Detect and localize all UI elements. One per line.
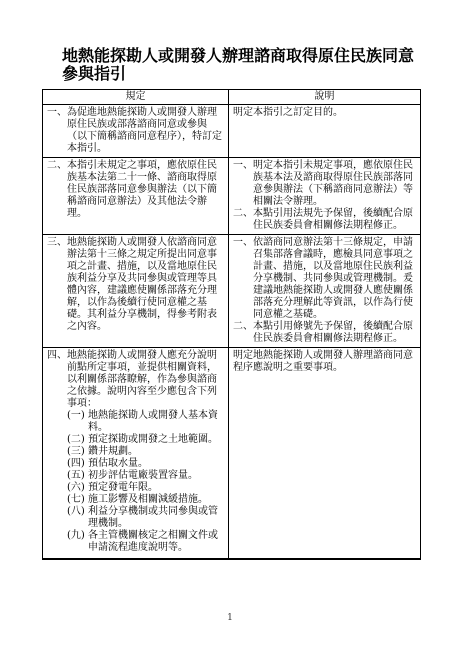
item-text: 本點引用法規先予保留，後續配合原住民族委員會相關修法期程修正。 bbox=[253, 208, 417, 232]
table-row: 一、為促進地熱能探勘人或開發人辦理原住民族或部落諮商同意或參與（以下簡稱諮商同意… bbox=[43, 105, 420, 158]
list-item: 四、地熱能探勘人或開發人應充分說明前點所定事項，並提供相關資料，以利關係部落瞭解… bbox=[47, 350, 225, 410]
explanation-cell: 一、依諮商同意辦法第十三條規定，申請召集部落會議時，應檢具同意事項之計畫、措施，… bbox=[229, 235, 420, 347]
item-marker: 二、 bbox=[47, 160, 67, 220]
list-item: 明定本指引之訂定目的。 bbox=[233, 107, 417, 119]
explanation-cell: 明定地熱能探勘人或開發人辦理諮商同意程序應說明之重要事項。 bbox=[229, 348, 420, 558]
list-item: (三) 鑽井規劃。 bbox=[47, 446, 225, 458]
item-text: 明定地熱能探勘人或開發人辦理諮商同意程序應說明之重要事項。 bbox=[233, 350, 417, 374]
item-marker: (九) bbox=[67, 530, 88, 554]
list-item: (八) 利益分享機制或共同參與或管理機制。 bbox=[47, 506, 225, 530]
list-item: (一) 地熱能探勘人或開發人基本資料。 bbox=[47, 410, 225, 434]
column-header-explanation: 說明 bbox=[229, 90, 420, 104]
regulation-table: 規定 說明 一、為促進地熱能探勘人或開發人辦理原住民族或部落諮商同意或參與（以下… bbox=[42, 89, 421, 560]
item-marker: (五) bbox=[67, 470, 88, 482]
page-number: 1 bbox=[0, 613, 460, 623]
item-text: 依諮商同意辦法第十三條規定，申請召集部落會議時，應檢具同意事項之計畫、措施，以及… bbox=[253, 237, 417, 321]
item-text: 初步評估電廠裝置容量。 bbox=[88, 470, 225, 482]
list-item: (九) 各主管機關核定之相關文件或申請流程進度說明等。 bbox=[47, 530, 225, 554]
table-body: 一、為促進地熱能探勘人或開發人辦理原住民族或部落諮商同意或參與（以下簡稱諮商同意… bbox=[43, 105, 420, 558]
item-marker: 四、 bbox=[47, 350, 67, 410]
list-item: 一、為促進地熱能探勘人或開發人辦理原住民族或部落諮商同意或參與（以下簡稱諮商同意… bbox=[47, 107, 225, 155]
item-marker: (二) bbox=[67, 434, 88, 446]
item-marker: (七) bbox=[67, 494, 88, 506]
item-text: 地熱能探勘人或開發人應充分說明前點所定事項，並提供相關資料，以利關係部落瞭解，作… bbox=[67, 350, 225, 410]
item-text: 地熱能探勘人或開發人依諮商同意辦法第十三條之規定所提出同意事項之計畫、措施，以及… bbox=[67, 237, 225, 333]
item-marker: 三、 bbox=[47, 237, 67, 333]
list-item: 一、依諮商同意辦法第十三條規定，申請召集部落會議時，應檢具同意事項之計畫、措施，… bbox=[233, 237, 417, 321]
list-item: (六) 預定發電年限。 bbox=[47, 482, 225, 494]
regulation-cell: 四、地熱能探勘人或開發人應充分說明前點所定事項，並提供相關資料，以利關係部落瞭解… bbox=[43, 348, 229, 558]
item-marker: 一、 bbox=[233, 237, 253, 321]
item-text: 明定本指引未規定事項，應依原住民族基本法及諮商取得原住民族部落同意參與辦法（下稱… bbox=[253, 160, 417, 208]
list-item: (五) 初步評估電廠裝置容量。 bbox=[47, 470, 225, 482]
regulation-cell: 一、為促進地熱能探勘人或開發人辦理原住民族或部落諮商同意或參與（以下簡稱諮商同意… bbox=[43, 105, 229, 157]
list-item: 二、本指引未規定之事項，應依原住民族基本法第二十一條、諮商取得原住民族部落同意參… bbox=[47, 160, 225, 220]
table-row: 四、地熱能探勘人或開發人應充分說明前點所定事項，並提供相關資料，以利關係部落瞭解… bbox=[43, 348, 420, 558]
list-item: (七) 施工影響及相關減緩措施。 bbox=[47, 494, 225, 506]
item-text: 地熱能探勘人或開發人基本資料。 bbox=[88, 410, 225, 434]
page-title: 地熱能探勘人或開發人辦理諮商取得原住民族同意參與指引 bbox=[62, 47, 420, 82]
item-text: 預定探勘或開發之土地範圍。 bbox=[88, 434, 225, 446]
item-marker: (一) bbox=[67, 410, 88, 434]
list-item: 三、地熱能探勘人或開發人依諮商同意辦法第十三條之規定所提出同意事項之計畫、措施，… bbox=[47, 237, 225, 333]
item-text: 預定發電年限。 bbox=[88, 482, 225, 494]
item-marker: 一、 bbox=[47, 107, 67, 155]
item-text: 明定本指引之訂定目的。 bbox=[233, 107, 417, 119]
item-text: 本點引用條號先予保留，後續配合原住民族委員會相關修法期程修正。 bbox=[253, 321, 417, 345]
explanation-cell: 一、明定本指引未規定事項，應依原住民族基本法及諮商取得原住民族部落同意參與辦法（… bbox=[229, 158, 420, 234]
list-item: 二、本點引用條號先予保留，後續配合原住民族委員會相關修法期程修正。 bbox=[233, 321, 417, 345]
item-text: 為促進地熱能探勘人或開發人辦理原住民族或部落諮商同意或參與（以下簡稱諮商同意程序… bbox=[67, 107, 225, 155]
item-text: 施工影響及相關減緩措施。 bbox=[88, 494, 225, 506]
item-marker: (三) bbox=[67, 446, 88, 458]
item-marker: 一、 bbox=[233, 160, 253, 208]
explanation-cell: 明定本指引之訂定目的。 bbox=[229, 105, 420, 157]
regulation-cell: 三、地熱能探勘人或開發人依諮商同意辦法第十三條之規定所提出同意事項之計畫、措施，… bbox=[43, 235, 229, 347]
column-header-regulation: 規定 bbox=[43, 90, 229, 104]
item-marker: 二、 bbox=[233, 208, 253, 232]
regulation-cell: 二、本指引未規定之事項，應依原住民族基本法第二十一條、諮商取得原住民族部落同意參… bbox=[43, 158, 229, 234]
list-item: 一、明定本指引未規定事項，應依原住民族基本法及諮商取得原住民族部落同意參與辦法（… bbox=[233, 160, 417, 208]
item-text: 本指引未規定之事項，應依原住民族基本法第二十一條、諮商取得原住民族部落同意參與辦… bbox=[67, 160, 225, 220]
item-text: 預估取水量。 bbox=[88, 458, 225, 470]
item-marker: (八) bbox=[67, 506, 88, 530]
table-row: 三、地熱能探勘人或開發人依諮商同意辦法第十三條之規定所提出同意事項之計畫、措施，… bbox=[43, 235, 420, 348]
item-text: 鑽井規劃。 bbox=[88, 446, 225, 458]
table-row: 二、本指引未規定之事項，應依原住民族基本法第二十一條、諮商取得原住民族部落同意參… bbox=[43, 158, 420, 235]
table-header-row: 規定 說明 bbox=[43, 90, 420, 105]
list-item: 明定地熱能探勘人或開發人辦理諮商同意程序應說明之重要事項。 bbox=[233, 350, 417, 374]
list-item: (四) 預估取水量。 bbox=[47, 458, 225, 470]
item-marker: (四) bbox=[67, 458, 88, 470]
list-item: (二) 預定探勘或開發之土地範圍。 bbox=[47, 434, 225, 446]
item-marker: 二、 bbox=[233, 321, 253, 345]
list-item: 二、本點引用法規先予保留，後續配合原住民族委員會相關修法期程修正。 bbox=[233, 208, 417, 232]
item-text: 各主管機關核定之相關文件或申請流程進度說明等。 bbox=[88, 530, 225, 554]
item-text: 利益分享機制或共同參與或管理機制。 bbox=[88, 506, 225, 530]
item-marker: (六) bbox=[67, 482, 88, 494]
